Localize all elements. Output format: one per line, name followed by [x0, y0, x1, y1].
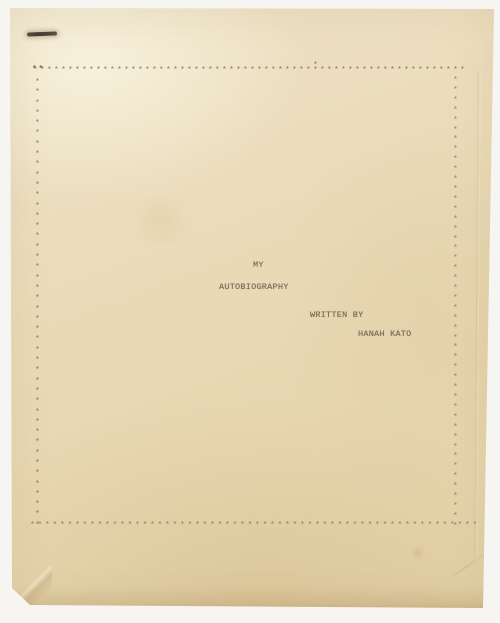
title-line-1: MY: [253, 261, 264, 270]
asterisk-border-raised-star: *: [313, 62, 318, 70]
asterisk-border-top-accent: **: [32, 66, 45, 74]
document-page: ****************************************…: [6, 6, 496, 612]
paper-bottom-shadow: [6, 586, 496, 612]
title-line-2: AUTOBIOGRAPHY: [219, 283, 289, 292]
asterisk-border-left: ****************************************…: [35, 78, 41, 531]
paper-stain: [126, 196, 196, 246]
asterisk-border-bottom: ****************************************…: [30, 522, 480, 530]
asterisk-border-right: ****************************************…: [453, 76, 459, 532]
byline: WRITTEN BY: [310, 311, 364, 320]
paper-crease-vertical: [474, 72, 480, 560]
author-name: HANAH KATO: [358, 330, 412, 339]
staple: [27, 31, 57, 36]
paper-crease-diagonal: [441, 549, 491, 585]
scan-background: ****************************************…: [0, 0, 500, 623]
paper-stain: [410, 546, 426, 560]
asterisk-border-top: ****************************************…: [33, 67, 467, 75]
